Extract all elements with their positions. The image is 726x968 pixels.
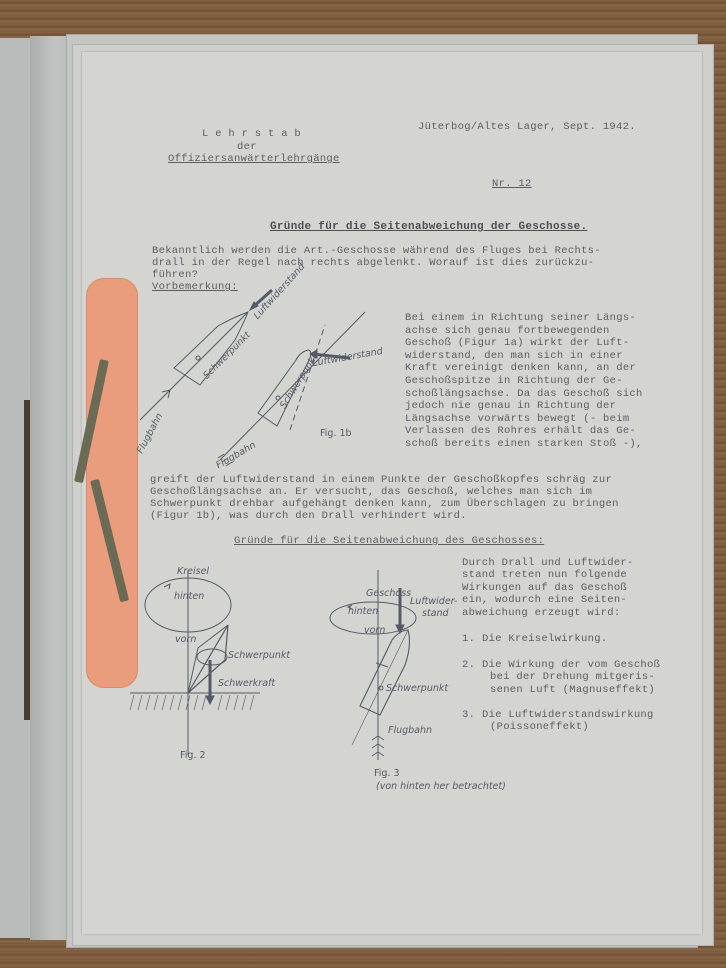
effect-3-line-1: Die Luftwiderstandswirkung	[482, 709, 654, 722]
document-number: Nr. 12	[492, 178, 532, 191]
label-flugbahn-fig3: Flugbahn	[388, 725, 432, 736]
right-column-line-1: Bei einem in Richtung seiner Längs-	[405, 312, 636, 325]
label-kreisel: Kreisel	[177, 566, 209, 577]
right-column-line-4: widerstand, den man sich in einer	[405, 350, 623, 363]
label-hinten-fig2: hinten	[174, 591, 204, 602]
label-vorn-fig3: vorn	[364, 625, 385, 636]
right-column-line-9: Längsachse vorwärts bewegt (- beim	[405, 413, 629, 426]
section-heading: Gründe für die Seitenabweichung des Gesc…	[234, 535, 544, 548]
effect-3-line-2: (Poissoneffekt)	[490, 721, 589, 734]
effect-2-line-3: senen Luft (Magnuseffekt)	[490, 684, 655, 697]
right-column-line-7: schoßlängsachse. Da das Geschoß sich	[405, 388, 643, 401]
right-column-line-10: Verlassen des Rohres erhält das Ge-	[405, 425, 636, 438]
label-stand-fig3: stand	[422, 608, 449, 619]
right-column-line-11: schoß bereits einen starken Stoß -),	[405, 438, 643, 451]
caption-fig-2: Fig. 2	[180, 750, 206, 761]
continued-line-2: Geschoßlängsachse an. Er versucht, das G…	[150, 486, 592, 499]
right-column-line-6: Geschoßspitze in Richtung der Ge-	[405, 375, 623, 388]
right-column-line-8: jedoch nie genau in Richtung der	[405, 400, 616, 413]
label-hinten-fig3: hinten	[348, 606, 378, 617]
label-schwerpunkt-fig2: Schwerpunkt	[228, 650, 290, 661]
caption-fig-3-sub: (von hinten her betrachtet)	[376, 781, 506, 792]
header-unit-line3: Offiziersanwärterlehrgänge	[168, 153, 340, 166]
label-schwerkraft: Schwerkraft	[218, 678, 275, 689]
right-column-line-5: Kraft vereinigt denken kann, an der	[405, 362, 636, 375]
effect-2-line-1: Die Wirkung der vom Geschoß	[482, 659, 660, 672]
intro-line-1: Bekanntlich werden die Art.-Geschosse wä…	[152, 245, 601, 258]
continued-line-4: (Figur 1b), was durch den Drall verhinde…	[150, 510, 467, 523]
header-place-date: Jüterbog/Altes Lager, Sept. 1942.	[418, 121, 636, 134]
label-geschoss-fig3: Geschoss	[366, 588, 411, 599]
effect-1-line-1: Die Kreiselwirkung.	[482, 633, 607, 646]
header-unit-line2: der	[237, 141, 257, 154]
caption-fig-1b: Fig. 1b	[320, 428, 352, 439]
effect-2-line-2: bei der Drehung mitgeris-	[490, 671, 655, 684]
label-vorn-fig2: vorn	[175, 634, 196, 645]
caption-fig-3: Fig. 3	[374, 768, 400, 779]
continued-line-1: greift der Luftwiderstand in einem Punkt…	[150, 474, 612, 487]
document-title: Gründe für die Seitenabweichung der Gesc…	[270, 221, 587, 234]
label-schwerpunkt-fig3: Schwerpunkt	[386, 683, 448, 694]
right-column-line-3: Geschoß (Figur 1a) wirkt der Luft-	[405, 337, 629, 350]
label-luftwiderstand-fig3: Luftwider-	[410, 596, 457, 607]
right-column-line-2: achse sich genau fortbewegenden	[405, 325, 610, 338]
continued-line-3: Schwerpunkt drehbar aufgehängt denken ka…	[150, 498, 619, 511]
effects-intro-line-1: Durch Drall und Luftwider-	[462, 557, 634, 570]
header-unit-line1: L e h r s t a b	[202, 128, 301, 141]
intro-line-2: drall in der Regel nach rechts abgelenkt…	[152, 257, 594, 270]
figure-2-sketch	[130, 560, 300, 770]
